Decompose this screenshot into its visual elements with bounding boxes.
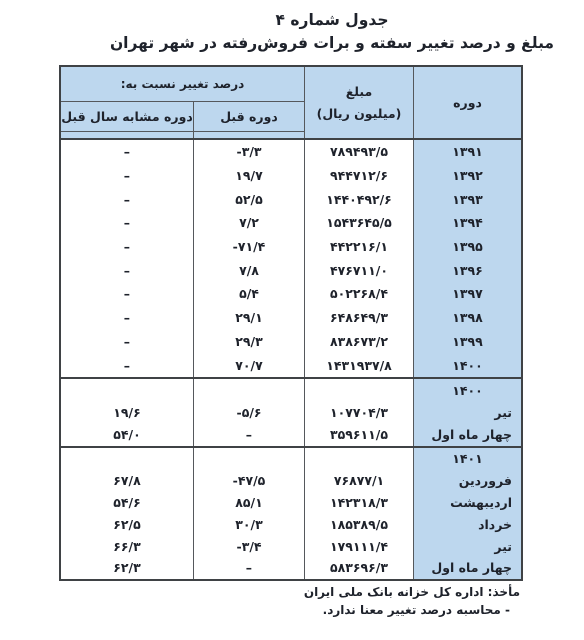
cell-prev-change-value: ۸۵/۱ bbox=[235, 495, 262, 510]
cell-prev-change: -۳/۳ bbox=[193, 140, 304, 164]
cell-period: ۱۳۹۶ bbox=[413, 258, 521, 282]
cell-same-change: – bbox=[61, 330, 193, 354]
cell-same-change: ۶۷/۸ bbox=[61, 470, 193, 492]
cell-same-change: – bbox=[61, 353, 193, 377]
cell-prev-change-value: – bbox=[246, 560, 253, 575]
cell-same-change: – bbox=[61, 258, 193, 282]
cell-same-change: ۶۲/۵ bbox=[61, 513, 193, 535]
cell-same-empty bbox=[61, 448, 193, 470]
table-caption: جدول شماره ۴ مبلغ و درصد تغییر سفته و بر… bbox=[90, 9, 574, 54]
header-amount-line2: (میلیون ریال) bbox=[317, 106, 402, 121]
table-section-0: ۱۳۹۱۷۸۹۴۹۳/۵-۳/۳–۱۳۹۲۹۴۴۷۱۲/۶۱۹/۷–۱۳۹۳۱۴… bbox=[61, 140, 521, 377]
cell-amount: ۴۷۶۷۱۱/۰ bbox=[304, 258, 413, 282]
cell-same-change-value: – bbox=[124, 358, 131, 373]
cell-prev-empty bbox=[193, 448, 304, 470]
cell-period: ۱۳۹۷ bbox=[413, 282, 521, 306]
header-period: دوره bbox=[413, 67, 521, 138]
cell-amount-value: ۵۰۲۲۶۸/۴ bbox=[330, 286, 388, 301]
cell-same-change: ۵۴/۰ bbox=[61, 424, 193, 446]
cell-prev-change-value: ۷/۲ bbox=[239, 215, 259, 230]
table-body: ۱۳۹۱۷۸۹۴۹۳/۵-۳/۳–۱۳۹۲۹۴۴۷۱۲/۶۱۹/۷–۱۳۹۳۱۴… bbox=[61, 140, 521, 579]
cell-same-change-value: – bbox=[124, 334, 131, 349]
cell-prev-change: ۳۰/۳ bbox=[193, 513, 304, 535]
cell-prev-change: ۱۹/۷ bbox=[193, 164, 304, 188]
header-previous-period: دوره قبل bbox=[193, 102, 304, 132]
cell-prev-change-value: – bbox=[246, 427, 253, 442]
cell-amount-value: ۷۸۹۴۹۳/۵ bbox=[330, 144, 388, 159]
cell-same-change: – bbox=[61, 235, 193, 259]
cell-same-change-value: – bbox=[124, 144, 131, 159]
cell-period-value: ۱۴۰۰ bbox=[452, 358, 483, 373]
cell-prev-change: -۴۷/۵ bbox=[193, 470, 304, 492]
cell-prev-change-value: ۳۰/۳ bbox=[235, 517, 262, 532]
table-header: دوره مبلغ (میلیون ریال) درصد تغییر نسبت … bbox=[61, 67, 521, 140]
cell-amount: ۱۰۷۷۰۴/۳ bbox=[304, 401, 413, 423]
cell-prev-change: ۵/۴ bbox=[193, 282, 304, 306]
cell-same-change-value: ۵۴/۰ bbox=[113, 427, 140, 442]
cell-period-value: ۱۳۹۳ bbox=[452, 192, 483, 207]
cell-same-change-value: ۶۶/۳ bbox=[113, 539, 140, 554]
cell-same-empty bbox=[61, 379, 193, 401]
cell-period-value: ۱۳۹۷ bbox=[452, 286, 483, 301]
cell-prev-change-value: -۵/۶ bbox=[237, 405, 262, 420]
header-amount-million-rial: مبلغ (میلیون ریال) bbox=[304, 67, 413, 138]
cell-amount-value: ۱۷۹۱۱۱/۴ bbox=[330, 539, 388, 554]
cell-amount: ۱۴۳۱۹۳۷/۸ bbox=[304, 353, 413, 377]
cell-amount-value: ۷۶۸۷۷/۱ bbox=[334, 473, 384, 488]
cell-prev-change: ۲۹/۱ bbox=[193, 306, 304, 330]
cell-period: ۱۳۹۳ bbox=[413, 187, 521, 211]
cell-prev-change: -۷۱/۴ bbox=[193, 235, 304, 259]
cell-period-value: ۱۳۹۵ bbox=[452, 239, 483, 254]
cell-same-change: – bbox=[61, 140, 193, 164]
table-section-2: ۱۴۰۱فروردین۷۶۸۷۷/۱-۴۷/۵۶۷/۸اردیبهشت۱۴۲۳۱… bbox=[61, 446, 521, 579]
cell-amount-value: ۳۵۹۶۱۱/۵ bbox=[330, 427, 388, 442]
cell-amount: ۹۴۴۷۱۲/۶ bbox=[304, 164, 413, 188]
cell-period-value: ۱۳۹۱ bbox=[452, 144, 483, 159]
cell-period: تیر bbox=[413, 401, 521, 423]
cell-amount: ۸۳۸۶۷۳/۲ bbox=[304, 330, 413, 354]
cell-period: تیر bbox=[413, 535, 521, 557]
cell-period-value: ۱۳۹۸ bbox=[452, 310, 483, 325]
dash-meaning-note: - محاسبه درصد تغییر معنا ندارد. bbox=[60, 602, 520, 619]
cell-period: چهار ماه اول bbox=[413, 557, 521, 579]
cell-amount: ۱۵۴۳۶۴۵/۵ bbox=[304, 211, 413, 235]
cell-prev-change-value: ۱۹/۷ bbox=[235, 168, 262, 183]
cell-amount: ۶۴۸۶۴۹/۳ bbox=[304, 306, 413, 330]
cell-year-label: ۱۴۰۰ bbox=[413, 379, 521, 401]
cell-amount: ۱۴۲۳۱۸/۳ bbox=[304, 492, 413, 514]
cell-same-change: – bbox=[61, 164, 193, 188]
cell-same-change-value: – bbox=[124, 310, 131, 325]
cell-amount: ۷۸۹۴۹۳/۵ bbox=[304, 140, 413, 164]
cell-same-change: – bbox=[61, 211, 193, 235]
cell-prev-change-value: ۷۰/۷ bbox=[235, 358, 262, 373]
cell-period-value: ۱۳۹۹ bbox=[452, 334, 483, 349]
cell-amount-value: ۱۴۲۳۱۸/۳ bbox=[330, 495, 388, 510]
cell-year-label-value: ۱۴۰۱ bbox=[452, 451, 483, 466]
cell-same-change-value: ۱۹/۶ bbox=[113, 405, 140, 420]
cell-period: ۱۳۹۲ bbox=[413, 164, 521, 188]
cell-same-change-value: – bbox=[124, 263, 131, 278]
cell-year-label-value: ۱۴۰۰ bbox=[452, 383, 483, 398]
cell-prev-change-value: ۲۹/۳ bbox=[235, 334, 262, 349]
cell-amount: ۵۸۳۶۹۶/۳ bbox=[304, 557, 413, 579]
cell-prev-change-value: ۵/۴ bbox=[239, 286, 259, 301]
cell-prev-change: ۵۲/۵ bbox=[193, 187, 304, 211]
cell-same-change-value: ۶۷/۸ bbox=[113, 473, 140, 488]
cell-same-change: – bbox=[61, 282, 193, 306]
header-amount-line1: مبلغ bbox=[346, 84, 372, 99]
cell-amount-value: ۸۳۸۶۷۳/۲ bbox=[330, 334, 388, 349]
cell-period: فروردین bbox=[413, 470, 521, 492]
cell-prev-change: -۳/۴ bbox=[193, 535, 304, 557]
cell-period: ۱۳۹۴ bbox=[413, 211, 521, 235]
cell-prev-change: ۷/۲ bbox=[193, 211, 304, 235]
header-percent-change-group: درصد تغییر نسبت به: bbox=[61, 67, 304, 102]
cell-prev-change-value: -۳/۳ bbox=[237, 144, 262, 159]
source-note: مأخذ: اداره کل خزانه بانک ملی ایران bbox=[60, 584, 520, 601]
cell-period-value: ۱۳۹۴ bbox=[452, 215, 483, 230]
cell-amount-empty bbox=[304, 379, 413, 401]
cell-same-change-value: – bbox=[124, 286, 131, 301]
cell-prev-change: ۲۹/۳ bbox=[193, 330, 304, 354]
cell-amount: ۴۴۲۲۱۶/۱ bbox=[304, 235, 413, 259]
cell-prev-change: ۷۰/۷ bbox=[193, 353, 304, 377]
cell-same-change-value: ۵۴/۶ bbox=[113, 495, 140, 510]
cell-period: اردیبهشت bbox=[413, 492, 521, 514]
cell-prev-change-value: -۳/۴ bbox=[237, 539, 262, 554]
cell-amount: ۱۷۹۱۱۱/۴ bbox=[304, 535, 413, 557]
cell-amount-value: ۴۷۶۷۱۱/۰ bbox=[330, 263, 388, 278]
cell-period: ۱۳۹۵ bbox=[413, 235, 521, 259]
cell-amount-value: ۱۰۷۷۰۴/۳ bbox=[330, 405, 388, 420]
cell-same-change-value: – bbox=[124, 239, 131, 254]
cell-same-change: ۶۶/۳ bbox=[61, 535, 193, 557]
cell-prev-change: ۸۵/۱ bbox=[193, 492, 304, 514]
table-section-1: ۱۴۰۰تیر۱۰۷۷۰۴/۳-۵/۶۱۹/۶چهار ماه اول۳۵۹۶۱… bbox=[61, 377, 521, 446]
cell-period: ۱۳۹۸ bbox=[413, 306, 521, 330]
cell-amount: ۷۶۸۷۷/۱ bbox=[304, 470, 413, 492]
cell-amount-empty bbox=[304, 448, 413, 470]
cell-period: خرداد bbox=[413, 513, 521, 535]
cell-amount-value: ۱۵۴۳۶۴۵/۵ bbox=[326, 215, 392, 230]
cell-period-value: ۱۳۹۶ bbox=[452, 263, 483, 278]
cell-same-change: ۱۹/۶ bbox=[61, 401, 193, 423]
cell-same-change: – bbox=[61, 306, 193, 330]
cell-same-change: ۶۲/۳ bbox=[61, 557, 193, 579]
cell-prev-change-value: -۷۱/۴ bbox=[233, 239, 266, 254]
cell-amount: ۵۰۲۲۶۸/۴ bbox=[304, 282, 413, 306]
cell-period: چهار ماه اول bbox=[413, 424, 521, 446]
cell-same-change-value: – bbox=[124, 215, 131, 230]
cell-prev-change-value: ۷/۸ bbox=[239, 263, 259, 278]
cell-prev-change-value: ۲۹/۱ bbox=[235, 310, 262, 325]
cell-amount-value: ۱۴۴۰۴۹۲/۶ bbox=[326, 192, 392, 207]
cell-same-change: – bbox=[61, 187, 193, 211]
cell-prev-change: ۷/۸ bbox=[193, 258, 304, 282]
page-subtitle: مبلغ و درصد تغییر سفته و برات فروش‌رفته … bbox=[90, 32, 574, 54]
cell-amount-value: ۶۴۸۶۴۹/۳ bbox=[330, 310, 388, 325]
cell-amount: ۱۸۵۳۸۹/۵ bbox=[304, 513, 413, 535]
data-table: دوره مبلغ (میلیون ریال) درصد تغییر نسبت … bbox=[59, 65, 523, 581]
cell-amount: ۳۵۹۶۱۱/۵ bbox=[304, 424, 413, 446]
cell-amount-value: ۵۸۳۶۹۶/۳ bbox=[330, 560, 388, 575]
cell-same-change: ۵۴/۶ bbox=[61, 492, 193, 514]
cell-prev-change-value: ۵۲/۵ bbox=[235, 192, 262, 207]
cell-amount-value: ۱۸۵۳۸۹/۵ bbox=[330, 517, 388, 532]
cell-amount-value: ۴۴۲۲۱۶/۱ bbox=[330, 239, 388, 254]
footnotes: مأخذ: اداره کل خزانه بانک ملی ایران - مح… bbox=[60, 584, 520, 619]
cell-amount: ۱۴۴۰۴۹۲/۶ bbox=[304, 187, 413, 211]
cell-prev-change: -۵/۶ bbox=[193, 401, 304, 423]
cell-same-change-value: ۶۲/۳ bbox=[113, 560, 140, 575]
cell-prev-change-value: -۴۷/۵ bbox=[233, 473, 266, 488]
header-same-period-last-year: دوره مشابه سال قبل bbox=[61, 102, 193, 132]
cell-same-change-value: – bbox=[124, 168, 131, 183]
cell-prev-change: – bbox=[193, 557, 304, 579]
cell-year-label: ۱۴۰۱ bbox=[413, 448, 521, 470]
cell-same-change-value: – bbox=[124, 192, 131, 207]
cell-amount-value: ۹۴۴۷۱۲/۶ bbox=[330, 168, 388, 183]
page-title: جدول شماره ۴ bbox=[90, 9, 574, 31]
cell-period: ۱۴۰۰ bbox=[413, 353, 521, 377]
cell-prev-empty bbox=[193, 379, 304, 401]
cell-amount-value: ۱۴۳۱۹۳۷/۸ bbox=[326, 358, 392, 373]
cell-same-change-value: ۶۲/۵ bbox=[113, 517, 140, 532]
cell-period-value: ۱۳۹۲ bbox=[452, 168, 483, 183]
header-filler-strip bbox=[61, 132, 193, 138]
header-filler-strip bbox=[193, 132, 304, 138]
cell-prev-change: – bbox=[193, 424, 304, 446]
document-page: جدول شماره ۴ مبلغ و درصد تغییر سفته و بر… bbox=[0, 0, 584, 640]
cell-period: ۱۳۹۹ bbox=[413, 330, 521, 354]
cell-period: ۱۳۹۱ bbox=[413, 140, 521, 164]
